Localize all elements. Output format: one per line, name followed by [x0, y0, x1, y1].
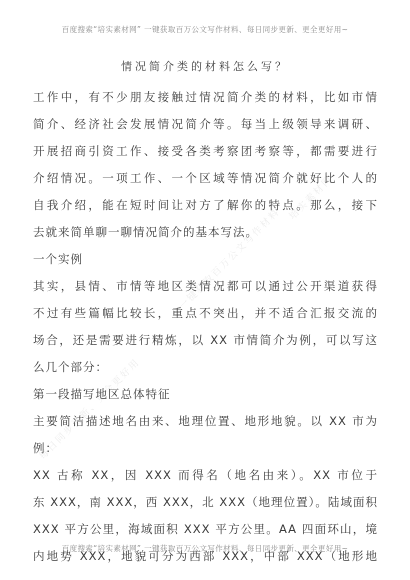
section-heading: 一个实例 [33, 246, 378, 273]
body-line: 场合，还是需要进行精炼，以 XX 市情简介为例，可以写这 [33, 327, 378, 354]
body-line: 不过有些篇幅比较长，重点不突出，并不适合汇报交流的 [33, 300, 378, 327]
document-body: 工作中，有不少朋友接触过情况简介类的材料，比如市情 简介、经济社会发展情况简介等… [33, 84, 378, 570]
page-footer-note: 百度搜索“培实素材网” 一键获取百万公文写作材料、每日同步更新、更全更好用~ [0, 543, 410, 554]
body-line: 工作中，有不少朋友接触过情况简介类的材料，比如市情 [33, 84, 378, 111]
body-line: 简介、经济社会发展情况简介等。每当上级领导来调研、 [33, 111, 378, 138]
body-line: 主要简洁描述地名由来、地理位置、地形地貌。以 XX 市为 [33, 408, 378, 435]
body-line: 东 XXX，南 XXX，西 XXX，北 XXX（地理位置）。陆域面积 [33, 489, 378, 516]
document-title: 情况简介类的材料怎么写？ [0, 58, 410, 74]
body-line: 去就来简单聊一聊情况简介的基本写法。 [33, 219, 378, 246]
body-line: 介绍情况。一项工作、一个区域等情况简介就好比个人的 [33, 165, 378, 192]
document-page: 百度搜索“培实素材网” 一键获取百万公文写作材料、每日同步更新、更全更好用~ 一… [0, 0, 410, 580]
body-line: XX 古称 XX，因 XXX 而得名（地名由来）。XX 市位于 XXX， [33, 462, 378, 489]
body-line: 其实，县情、市情等地区类情况都可以通过公开渠道获得 [33, 273, 378, 300]
body-line: 开展招商引资工作、接受各类考察团考察等，都需要进行 [33, 138, 378, 165]
body-line: XXX 平方公里，海域面积 XXX 平方公里。AA 四面环山，境 [33, 516, 378, 543]
section-heading: 第一段描写地区总体特征 [33, 381, 378, 408]
page-header-note: 百度搜索“培实素材网” 一键获取百万公文写作材料、每日同步更新、更全更好用~ [0, 24, 410, 35]
body-line: 自我介绍，能在短时间让对方了解你的特点。那么，接下 [33, 192, 378, 219]
body-line: 例： [33, 435, 378, 462]
body-line: 么几个部分： [33, 354, 378, 381]
